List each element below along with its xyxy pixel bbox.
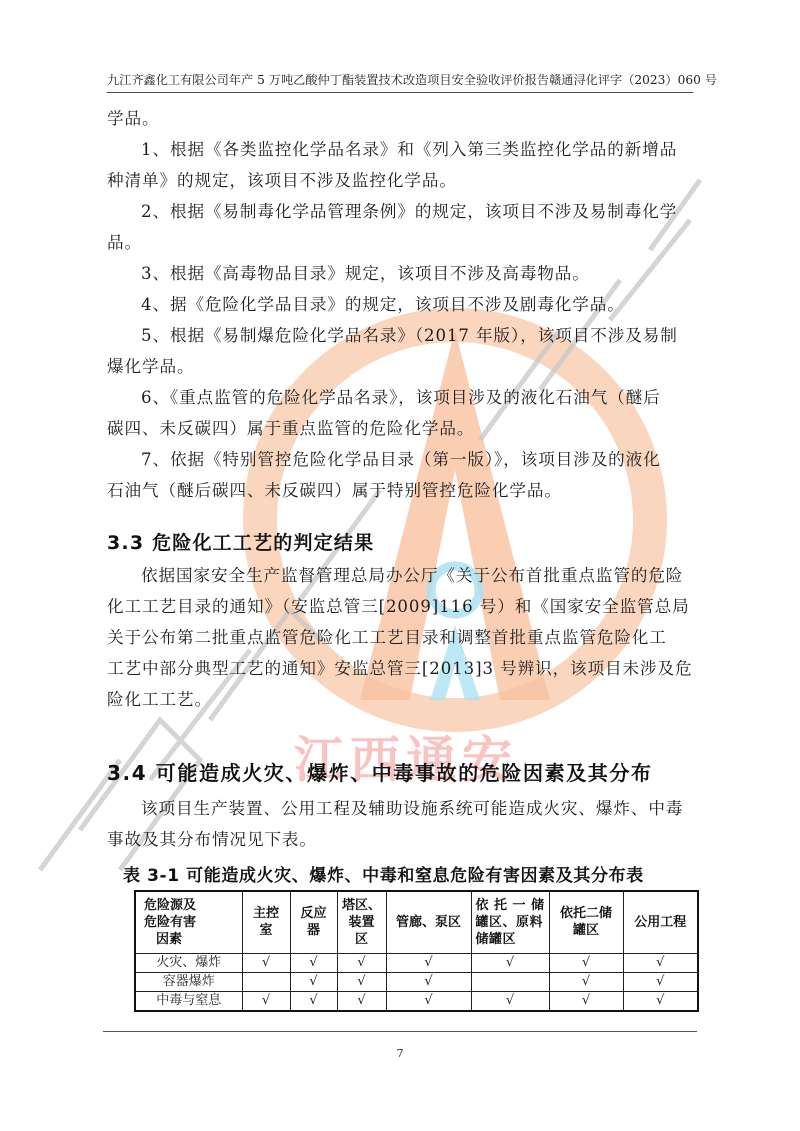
check-cell: √ <box>337 953 386 972</box>
section-3-3-line-5: 险化工工艺。 <box>107 684 697 715</box>
section-3-4-title: 3.4 可能造成火灾、爆炸、中毒事故的危险因素及其分布 <box>107 757 653 786</box>
list-item-7-line-1: 7、依据《特别管控危险化学品目录（第一版）》，该项目涉及的液化 <box>107 444 697 475</box>
table-row: 容器爆炸 √ √ √ √ √ <box>135 972 698 991</box>
section-3-3-body: 依据国家安全生产监督管理总局办公厅《关于公布首批重点监管的危险 化工工艺目录的通… <box>107 560 697 715</box>
col-header-tank-farm-1: 依 托 一 储罐区、原料储罐区 <box>471 891 549 953</box>
check-cell: √ <box>386 991 471 1011</box>
row-factor: 火灾、爆炸 <box>135 953 242 972</box>
check-cell: √ <box>623 991 698 1011</box>
list-item-6-line-1: 6、《重点监管的危险化学品名录》，该项目涉及的液化石油气（醚后 <box>107 382 697 413</box>
section-3-3-title: 3.3 危险化工工艺的判定结果 <box>107 528 374 555</box>
check-cell: √ <box>549 953 623 972</box>
list-item-1-line-2: 种清单》的规定，该项目不涉及监控化学品。 <box>107 165 697 196</box>
section-3-4-line-1: 该项目生产装置、公用工程及辅助设施系统可能造成火灾、爆炸、中毒 <box>107 793 697 824</box>
check-cell: √ <box>337 972 386 991</box>
check-cell: √ <box>242 991 290 1011</box>
col-header-tower-area: 塔区、装置区 <box>337 891 386 953</box>
body-list: 学品。 1、根据《各类监控化学品名录》和《列入第三类监控化学品的新增品 种清单》… <box>107 103 697 506</box>
running-header: 九江齐鑫化工有限公司年产 5 万吨乙酸仲丁酯装置技术改造项目安全验收评价报告 赣… <box>107 70 693 93</box>
page-number: 7 <box>0 1047 800 1060</box>
check-cell: √ <box>337 991 386 1011</box>
footer-divider <box>103 1031 697 1032</box>
list-item-3: 3、根据《高毒物品目录》规定，该项目不涉及高毒物品。 <box>107 258 697 289</box>
col-header-utilities: 公用工程 <box>623 891 698 953</box>
continuation-text: 学品。 <box>107 103 697 134</box>
table-row: 火灾、爆炸 √ √ √ √ √ √ √ <box>135 953 698 972</box>
list-item-6-line-2: 碳四、未反碳四）属于重点监管的危险化学品。 <box>107 413 697 444</box>
col-header-tank-farm-2: 依托二储罐区 <box>549 891 623 953</box>
list-item-4: 4、据《危险化学品目录》的规定，该项目不涉及剧毒化学品。 <box>107 289 697 320</box>
list-item-2-line-1: 2、根据《易制毒化学品管理条例》的规定，该项目不涉及易制毒化学 <box>107 196 697 227</box>
check-cell: √ <box>623 972 698 991</box>
check-cell: √ <box>386 972 471 991</box>
col-header-hazard-factor: 危险源及 危险有害 因素 <box>135 891 242 953</box>
header-report-number: 赣通浔化评字（2023）060 号 <box>549 70 717 92</box>
section-3-3-line-3: 关于公布第二批重点监管危险化工工艺目录和调整首批重点监管危险化工 <box>107 622 697 653</box>
section-3-4-body: 该项目生产装置、公用工程及辅助设施系统可能造成火灾、爆炸、中毒 事故及其分布情况… <box>107 793 697 855</box>
list-item-5-line-1: 5、根据《易制爆危险化学品名录》（2017 年版），该项目不涉及易制 <box>107 320 697 351</box>
section-3-3-line-1: 依据国家安全生产监督管理总局办公厅《关于公布首批重点监管的危险 <box>107 560 697 591</box>
document-page: 江西通安 九江齐鑫化工有限公司年产 5 万吨乙酸仲丁酯装置技术改造项目安全验收评… <box>0 0 800 1131</box>
table-header-row: 危险源及 危险有害 因素 主控室 反应器 塔区、装置区 管廊、泵区 依 托 一 <box>135 891 698 953</box>
col-header-pipe-rack-pump: 管廊、泵区 <box>386 891 471 953</box>
row-factor: 容器爆炸 <box>135 972 242 991</box>
table-caption: 表 3-1 可能造成火灾、爆炸、中毒和窒息危险有害因素及其分布表 <box>123 861 644 886</box>
check-cell: √ <box>549 972 623 991</box>
check-cell: √ <box>242 953 290 972</box>
check-cell: √ <box>290 991 337 1011</box>
check-cell <box>242 972 290 991</box>
check-cell: √ <box>471 953 549 972</box>
check-cell <box>471 972 549 991</box>
check-cell: √ <box>386 953 471 972</box>
list-item-5-line-2: 爆化学品。 <box>107 351 697 382</box>
col-header-control-room: 主控室 <box>242 891 290 953</box>
list-item-2-line-2: 品。 <box>107 227 697 258</box>
header-report-title: 九江齐鑫化工有限公司年产 5 万吨乙酸仲丁酯装置技术改造项目安全验收评价报告 <box>107 70 549 92</box>
list-item-1-line-1: 1、根据《各类监控化学品名录》和《列入第三类监控化学品的新增品 <box>107 134 697 165</box>
check-cell: √ <box>623 953 698 972</box>
hazard-distribution-table: 危险源及 危险有害 因素 主控室 反应器 塔区、装置区 管廊、泵区 依 托 一 <box>134 890 699 1012</box>
table-row: 中毒与窒息 √ √ √ √ √ √ √ <box>135 991 698 1011</box>
check-cell: √ <box>290 972 337 991</box>
list-item-7-line-2: 石油气（醚后碳四、未反碳四）属于特别管控危险化学品。 <box>107 475 697 506</box>
section-3-3-line-4: 工艺中部分典型工艺的通知》安监总管三[2013]3 号辨识，该项目未涉及危 <box>107 653 697 684</box>
check-cell: √ <box>471 991 549 1011</box>
check-cell: √ <box>549 991 623 1011</box>
col-header-reactor: 反应器 <box>290 891 337 953</box>
check-cell: √ <box>290 953 337 972</box>
section-3-4-line-2: 事故及其分布情况见下表。 <box>107 824 697 855</box>
section-3-3-line-2: 化工工艺目录的通知》（安监总管三[2009]116 号）和《国家安全监管总局 <box>107 591 697 622</box>
row-factor: 中毒与窒息 <box>135 991 242 1011</box>
